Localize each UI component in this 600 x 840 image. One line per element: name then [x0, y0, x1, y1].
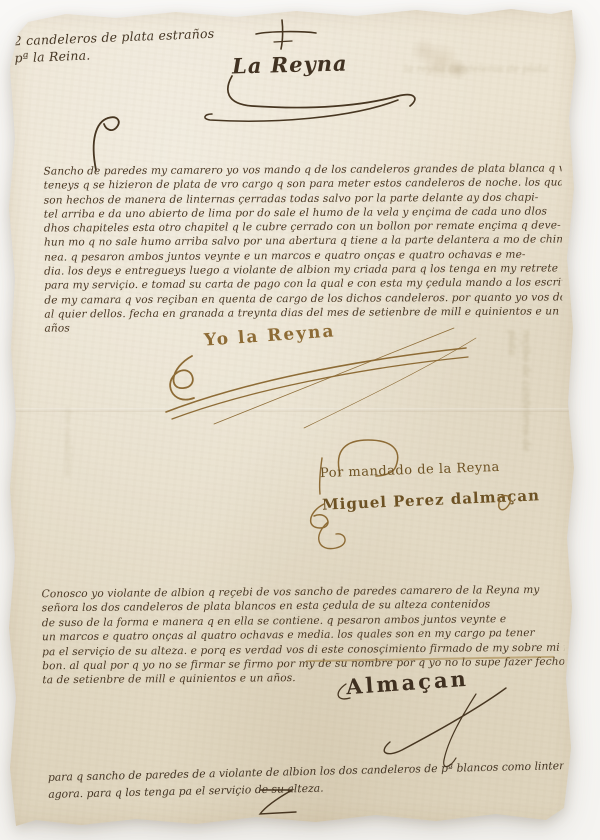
receipt-signature-flourish: [326, 658, 556, 768]
royal-signature-rubric: [154, 324, 484, 434]
royal-order-text: Sancho de paredes my camarero yo vos man…: [43, 161, 562, 336]
cross-icon: [250, 16, 322, 52]
bottom-note-flourish: [252, 786, 312, 820]
manuscript-page: reçibo de candeleros de plata dos candel…: [6, 8, 578, 828]
manuscript-paper-shadow: reçibo de candeleros de plata dos candel…: [6, 8, 578, 828]
secretary-signature-flourish: [302, 488, 522, 560]
archival-note: 2 candeleros de plata estraños pª la Rei…: [13, 24, 244, 67]
heading-flourish: [202, 70, 442, 128]
photo-background: reçibo de candeleros de plata dos candel…: [0, 0, 600, 840]
verso-showthrough-left: dos candeleros: [46, 408, 72, 583]
